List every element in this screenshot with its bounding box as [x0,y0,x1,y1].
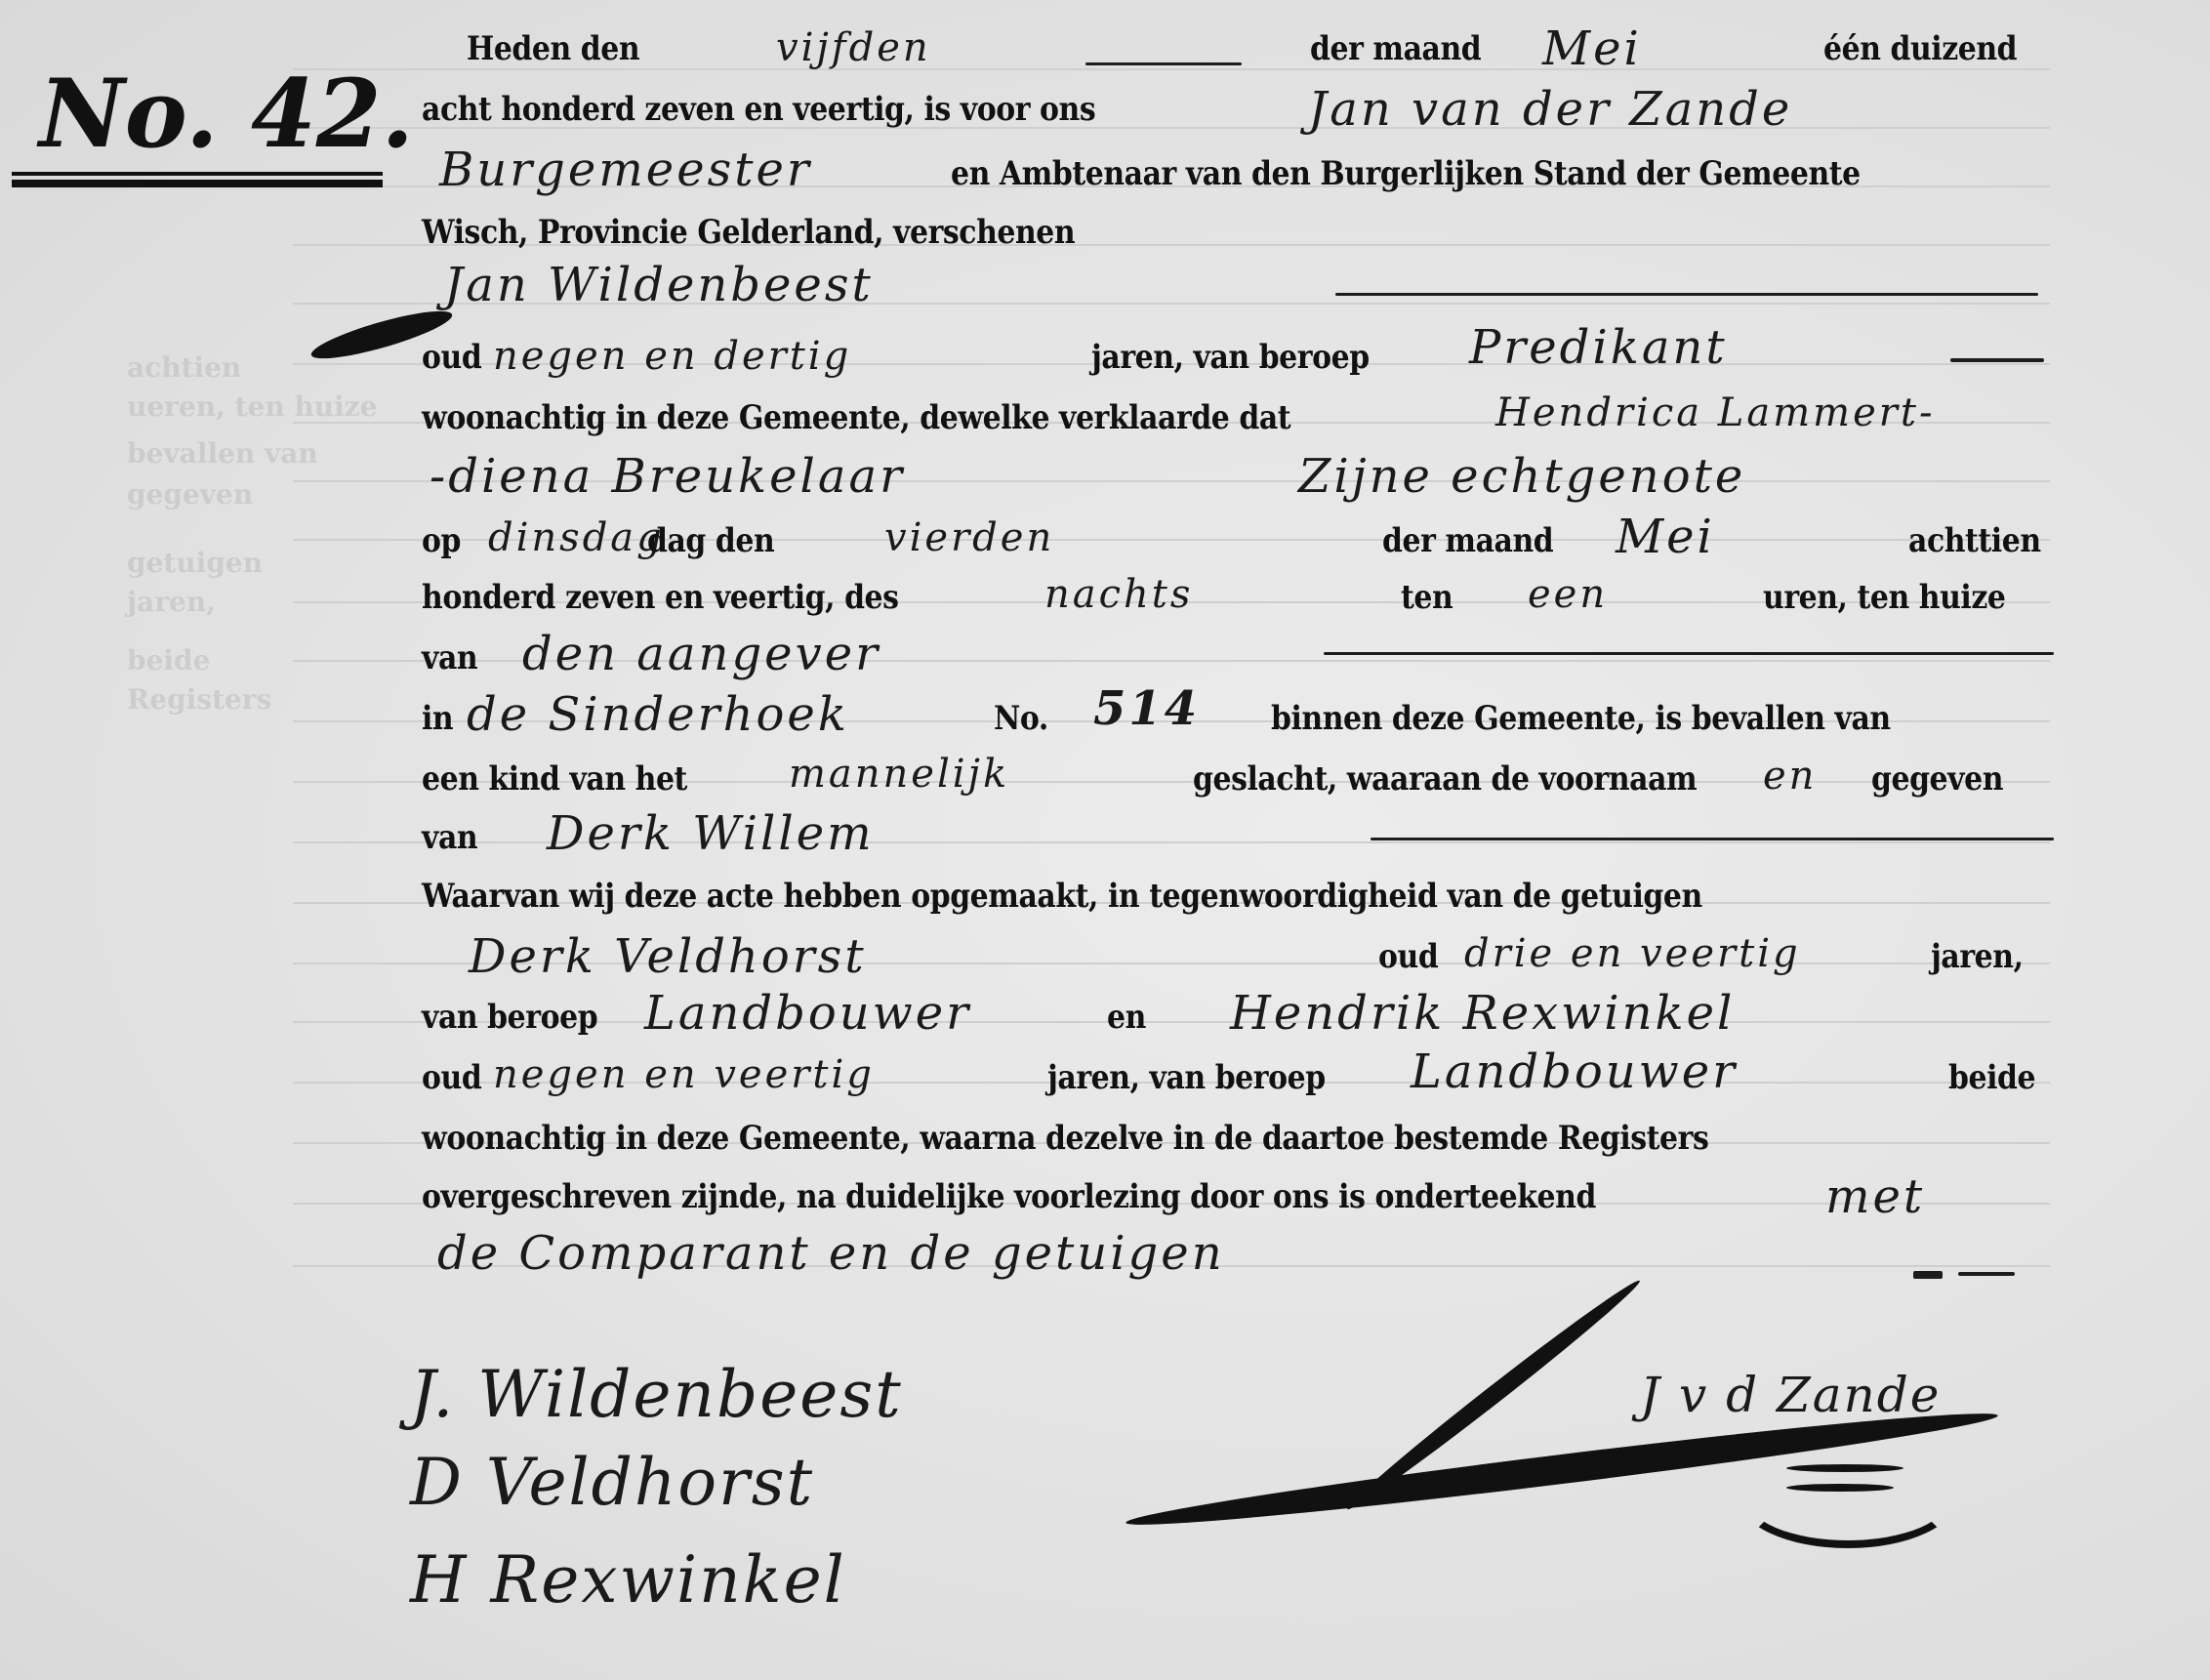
bleed-through-text: bevallen van [127,437,318,470]
fill-line [1371,838,2054,840]
printed-text: achttien [1908,521,2041,560]
handwritten-day: vijfden [776,25,931,70]
certificate-page: achtien ueren, ten huize bevallen van ge… [0,0,2210,1680]
signature-flourish [1786,1484,1894,1492]
signature-flourish [1738,1445,1958,1548]
bleed-through-text: jaren, [127,586,216,618]
handwritten-mother-name: Hendrica Lammert- [1495,390,1935,435]
printed-text: en Ambtenaar van den Burgerlijken Stand … [951,154,1861,193]
printed-text: No. [994,699,1048,738]
printed-text: van [422,818,477,857]
handwritten-witness-1-name: Derk Veldhorst [469,929,867,984]
number-underline [12,180,383,187]
handwritten-relation: Zijne echtgenote [1298,449,1745,504]
printed-text: één duizend [1823,29,2017,68]
handwritten-house-owner: den aangever [522,627,880,681]
printed-text: der maand [1382,521,1553,560]
printed-text: van [422,638,477,677]
printed-text: oud [422,1058,481,1097]
printed-text: Wisch, Provincie Gelderland, verschenen [422,213,1075,252]
signature-witness-1: D Veldhorst [410,1445,814,1520]
handwritten-title: Burgemeester [439,143,812,197]
printed-text: uren, ten huize [1763,578,2005,617]
handwritten-occupation: Predikant [1469,320,1728,375]
printed-text: Heden den [467,29,639,68]
printed-text: honderd zeven en veertig, des [422,578,899,617]
printed-text: op [422,521,461,560]
printed-text: ten [1401,578,1453,617]
handwritten-witness-1-occupation: Landbouwer [644,986,971,1041]
certificate-number: No. 42. [39,59,414,169]
closing-dash [1913,1271,1943,1279]
handwritten-conjunction: en [1763,754,1817,799]
printed-text: jaren, [1931,937,2024,976]
fill-line [1335,293,2038,296]
printed-text: binnen deze Gemeente, is bevallen van [1271,699,1891,738]
handwritten-mother-surname: -diena Breukelaar [430,449,905,504]
printed-text: dag den [647,521,774,560]
number-underline [12,172,383,176]
handwritten-declarant-name: Jan Wildenbeest [444,258,874,312]
handwritten-witness-2-name: Hendrik Rexwinkel [1230,986,1735,1041]
bleed-through-text: Registers [127,683,271,716]
printed-text: overgeschreven zijnde, na duidelijke voo… [422,1177,1596,1216]
bleed-through-text: beide [127,644,210,676]
handwritten-witness-2-occupation: Landbouwer [1411,1045,1738,1099]
ruled-line [293,68,2050,70]
handwritten-month: Mei [1542,21,1642,76]
handwritten-registrar-name: Jan van der Zande [1308,82,1792,137]
fill-line [1950,358,2044,362]
printed-text: jaren, van beroep [1091,338,1370,377]
printed-text: oud [422,338,481,377]
handwritten-closing: de Comparant en de getuigen [437,1226,1225,1281]
printed-text: geslacht, waaraan de voornaam [1193,759,1697,799]
handwritten-house-number: 514 [1093,681,1200,736]
printed-text: acht honderd zeven en veertig, is voor o… [422,90,1095,129]
signature-father: J. Wildenbeest [410,1357,903,1432]
printed-text: van beroep [422,998,597,1037]
signature-flourish [1786,1464,1903,1472]
bleed-through-text: achtien [127,351,241,384]
handwritten-place: de Sinderhoek [467,687,849,742]
handwritten-hour: een [1528,572,1608,617]
printed-text: woonachtig in deze Gemeente, dewelke ver… [422,398,1290,437]
printed-text: oud [1378,937,1438,976]
handwritten-birth-day: vierden [884,515,1054,560]
handwritten-with: met [1825,1169,1925,1224]
printed-text: een kind van het [422,759,687,799]
printed-text: in [422,699,453,738]
handwritten-time-of-day: nachts [1044,572,1193,617]
printed-text: gegeven [1871,759,2003,799]
bleed-through-text: getuigen [127,547,263,579]
printed-text: der maand [1310,29,1481,68]
bleed-through-text: gegeven [127,478,253,511]
handwritten-birth-month: Mei [1616,510,1715,564]
printed-text: jaren, van beroep [1047,1058,1326,1097]
signature-registrar: J v d Zande [1640,1367,1941,1423]
handwritten-sex: mannelijk [789,752,1009,797]
fill-line [1085,62,1242,65]
fill-line [1324,652,2054,655]
handwritten-weekday: dinsdag [488,515,665,560]
printed-text: en [1107,998,1146,1037]
printed-text: Waarvan wij deze acte hebben opgemaakt, … [422,877,1702,916]
printed-text: beide [1948,1058,2035,1097]
handwritten-child-name: Derk Willem [547,806,875,861]
handwritten-age: negen en dertig [493,334,851,379]
handwritten-witness-2-age: negen en veertig [493,1052,875,1097]
handwritten-witness-1-age: drie en veertig [1464,931,1801,976]
printed-text: woonachtig in deze Gemeente, waarna deze… [422,1119,1708,1158]
signature-witness-2: H Rexwinkel [410,1542,846,1618]
closing-dash [1958,1272,2015,1276]
bleed-through-text: ueren, ten huize [127,390,378,423]
